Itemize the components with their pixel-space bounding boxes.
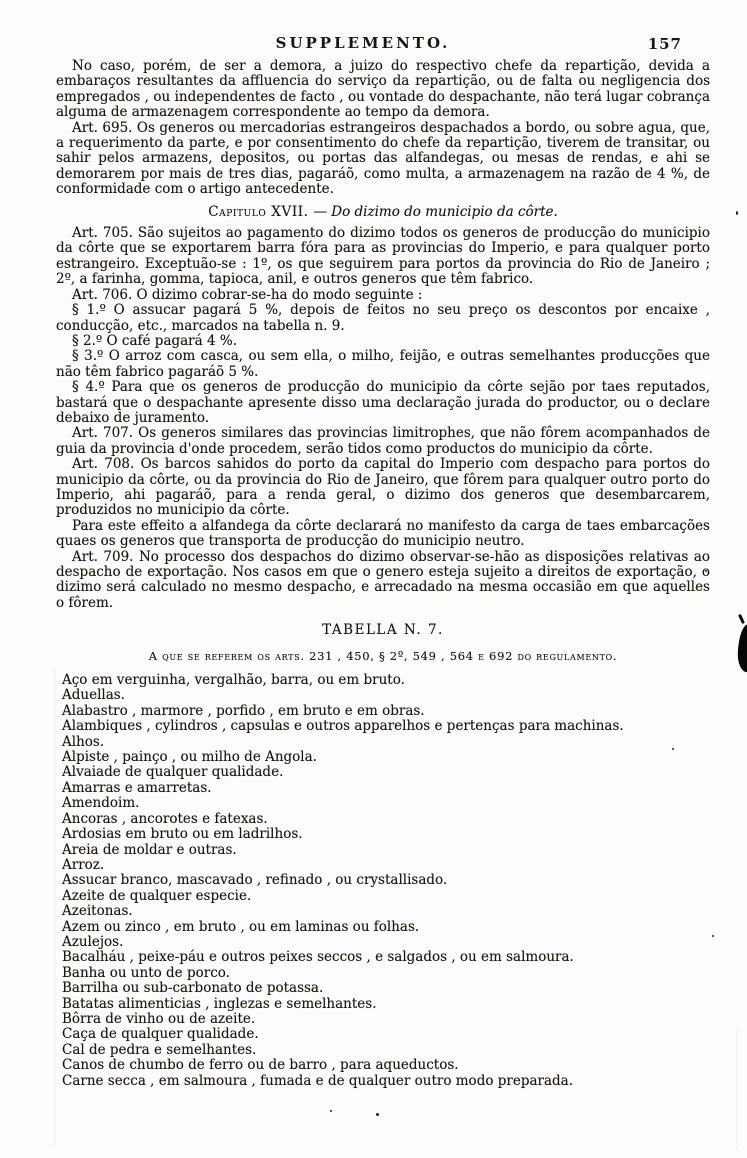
paragraph: Art. 706. O dizimo cobrar-se-ha do modo … bbox=[56, 288, 710, 303]
tabella-subtitle: A que se referem os arts. 231 , 450, § 2… bbox=[56, 649, 710, 664]
paper-speck bbox=[736, 211, 738, 215]
page-fold-line-left bbox=[54, 668, 55, 1146]
paragraph: Art. 708. Os barcos sahidos do porto da … bbox=[56, 457, 710, 519]
tabella-item-list: Aço em verguinha, vergalhão, barra, ou e… bbox=[56, 673, 710, 1089]
tabella-item: Ancoras , ancorotes e fatexas. bbox=[56, 812, 710, 827]
paragraph: § 2.º O café pagará 4 %. bbox=[56, 334, 710, 349]
paragraph: § 4.º Para que os generos de producção d… bbox=[56, 380, 710, 426]
paragraph: Art. 695. Os generos ou mercadorias estr… bbox=[56, 121, 710, 198]
paragraph: No caso, porém, de ser a demora, a juizo… bbox=[56, 59, 710, 121]
paragraph: § 1.º O assucar pagará 5 %, depois de fe… bbox=[56, 303, 710, 334]
tabella-item: Carne secca , em salmoura , fumada e de … bbox=[56, 1074, 710, 1089]
paragraph: Art. 707. Os generos similares das provi… bbox=[56, 426, 710, 457]
tabella-item: Cal de pedra e semelhantes. bbox=[56, 1043, 710, 1058]
tabella-item: Bacalháu , peixe-páu e outros peixes sec… bbox=[56, 950, 710, 965]
tabella-item: Azeite de qualquer especie. bbox=[56, 889, 710, 904]
tabella-item: Alhos. bbox=[56, 735, 710, 750]
paragraph: § 3.º O arroz com casca, ou sem ella, o … bbox=[56, 349, 710, 380]
tabella-item: Azeitonas. bbox=[56, 904, 710, 919]
ink-blot-artifact bbox=[737, 624, 747, 672]
scanned-document-page: SUPPLEMENTO. 157 No caso, porém, de ser … bbox=[0, 0, 747, 1158]
body-text: No caso, porém, de ser a demora, a juizo… bbox=[56, 59, 710, 664]
tabella-item: Alambiques , cylindros , capsulas e outr… bbox=[56, 719, 710, 734]
page-header: SUPPLEMENTO. 157 bbox=[56, 34, 710, 54]
tabella-item: Alabastro , marmore , porfido , em bruto… bbox=[56, 704, 710, 719]
tabella-item: Alpiste , painço , ou milho de Angola. bbox=[56, 750, 710, 765]
running-title: SUPPLEMENTO. bbox=[36, 34, 690, 52]
tabella-item: Assucar branco, mascavado , refinado , o… bbox=[56, 873, 710, 888]
tabella-item: Aço em verguinha, vergalhão, barra, ou e… bbox=[56, 673, 710, 688]
page-fold-line-right bbox=[736, 1030, 737, 1150]
tabella-item: Batatas alimenticias , inglezas e semelh… bbox=[56, 997, 710, 1012]
tabella-item: Areia de moldar e outras. bbox=[56, 843, 710, 858]
tabella-item: Ardosias em bruto ou em ladrilhos. bbox=[56, 827, 710, 842]
tabella-item: Alvaiade de qualquer qualidade. bbox=[56, 765, 710, 780]
paper-speck bbox=[705, 570, 707, 572]
tabella-item: Canos de chumbo de ferro ou de barro , p… bbox=[56, 1058, 710, 1073]
tabella-item: Bôrra de vinho ou de azeite. bbox=[56, 1012, 710, 1027]
tabella-item: Barrilha ou sub-carbonato de potassa. bbox=[56, 981, 710, 996]
tabella-title: TABELLA N. 7. bbox=[56, 623, 710, 638]
text-column: SUPPLEMENTO. 157 No caso, porém, de ser … bbox=[56, 34, 710, 1089]
page-number: 157 bbox=[648, 35, 682, 53]
paper-speck bbox=[330, 1110, 332, 1112]
paper-speck bbox=[712, 935, 714, 937]
tabella-item: Azem ou zinco , em bruto , ou em laminas… bbox=[56, 920, 710, 935]
paper-speck bbox=[376, 1113, 379, 1116]
paragraph: Art. 709. No processo dos despachos do d… bbox=[56, 550, 710, 612]
ink-blot-tail-artifact bbox=[738, 614, 745, 624]
paper-speck bbox=[672, 748, 674, 750]
tabella-item: Arroz. bbox=[56, 858, 710, 873]
tabella-item: Banha ou unto de porco. bbox=[56, 966, 710, 981]
paragraph: Art. 705. São sujeitos ao pagamento do d… bbox=[56, 226, 710, 288]
tabella-item: Aduellas. bbox=[56, 688, 710, 703]
tabella-item: Amarras e amarretas. bbox=[56, 781, 710, 796]
chapter-heading: Capitulo XVII. — Do dizimo do municipio … bbox=[56, 205, 710, 220]
tabella-item: Amendoim. bbox=[56, 796, 710, 811]
tabella-item: Caça de qualquer qualidade. bbox=[56, 1027, 710, 1042]
tabella-item: Azulejos. bbox=[56, 935, 710, 950]
paragraph: Para este effeito a alfandega da côrte d… bbox=[56, 519, 710, 550]
